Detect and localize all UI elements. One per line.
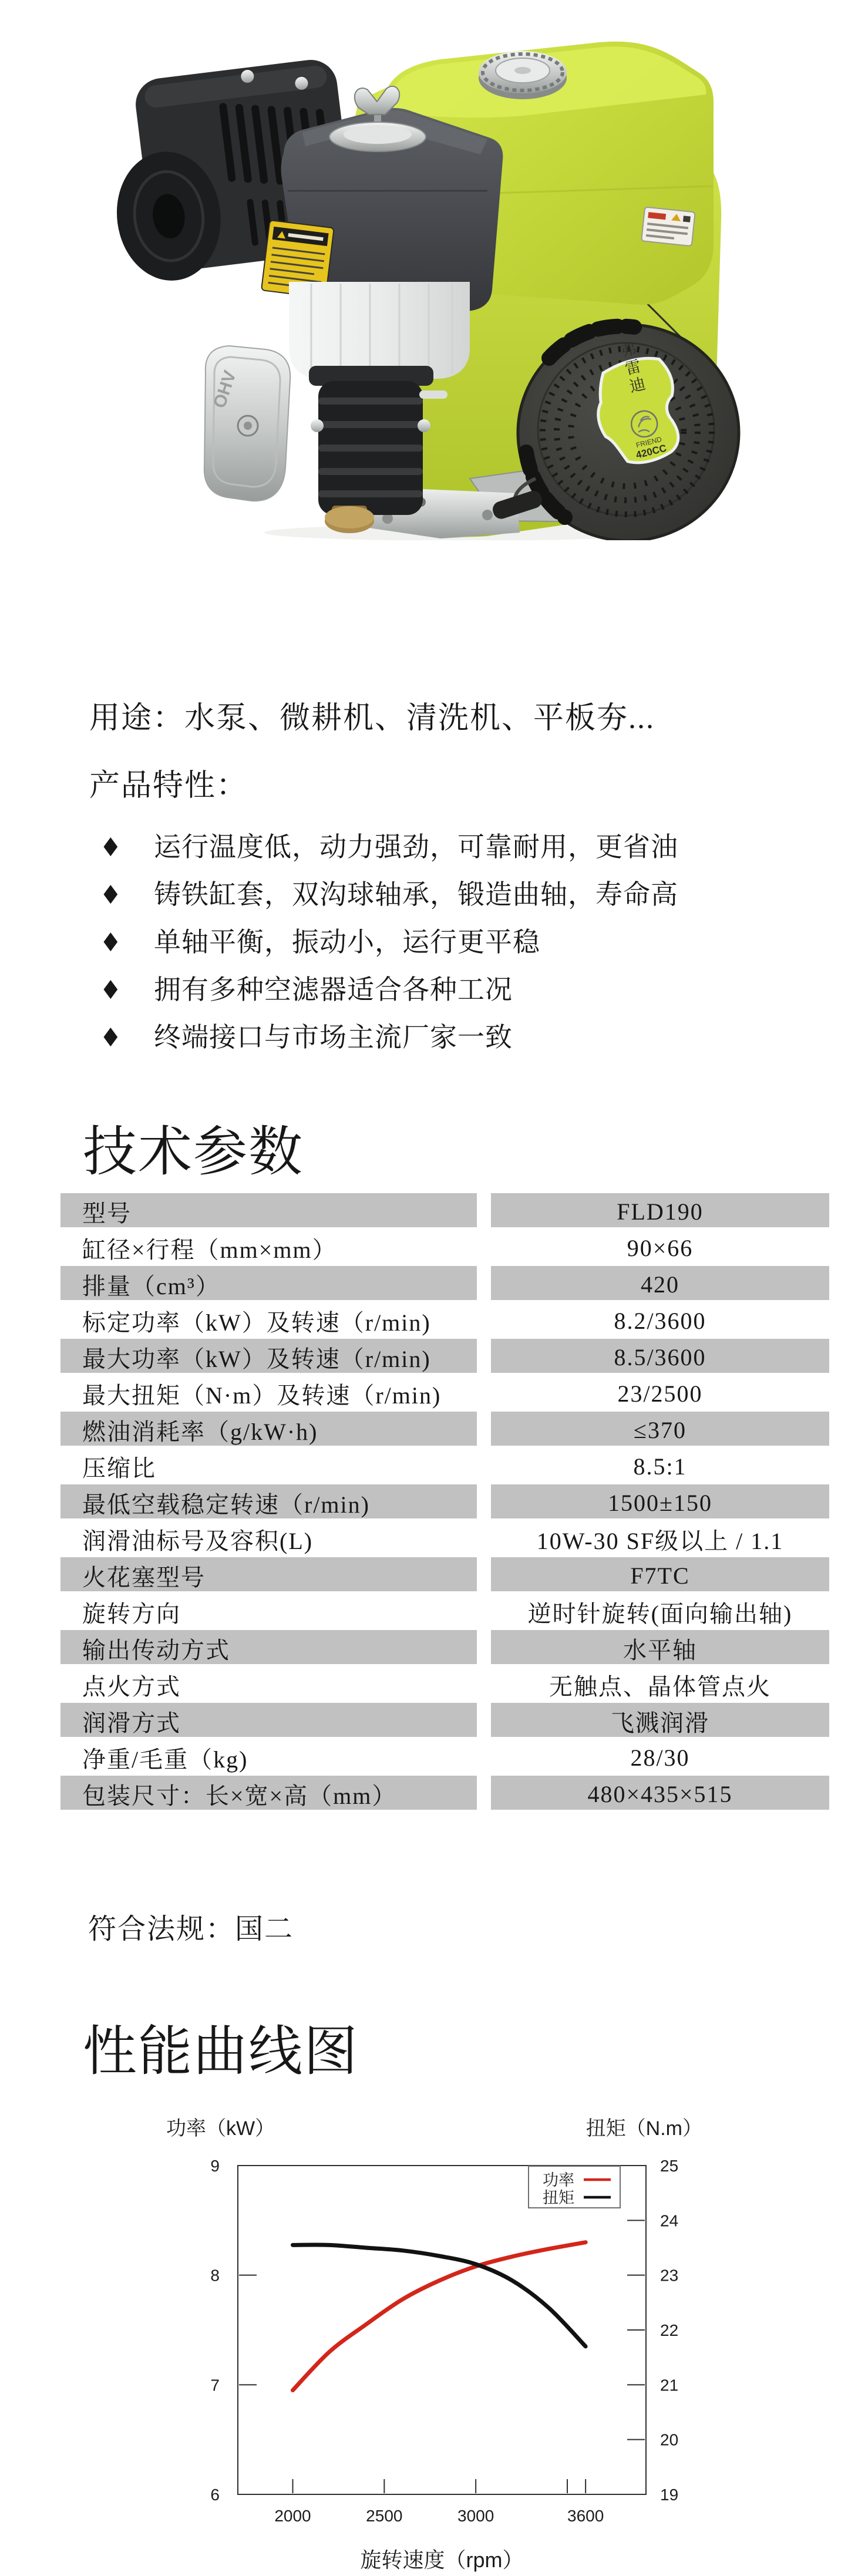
feature-item: ◆拥有多种空滤器适合各种工况 — [89, 964, 678, 1011]
tank-warning-sticker — [641, 207, 695, 246]
spec-label: 润滑油标号及容积(L) — [60, 1521, 477, 1557]
spec-row: 输出传动方式水平轴 — [60, 1630, 829, 1666]
spec-value: 8.5/3600 — [491, 1339, 829, 1375]
spec-label: 缸径×行程（mm×mm） — [60, 1230, 477, 1266]
spec-label: 火花塞型号 — [60, 1557, 477, 1594]
specs-table: 型号FLD190缸径×行程（mm×mm）90×66排量（cm³）420标定功率（… — [60, 1193, 829, 1812]
sediment-cup — [325, 506, 374, 533]
left-axis-title: 功率（kW） — [166, 2117, 275, 2140]
legend-label: 功率 — [543, 2171, 574, 2189]
spec-value: 8.2/3600 — [491, 1302, 829, 1339]
engine-product-image: OHV 弗雷迪 FRIEND 420CC — [112, 15, 743, 540]
chart-section-title: 性能曲线图 — [83, 2008, 359, 2086]
features-list: ◆运行温度低，动力强劲，可靠耐用，更省油◆铸铁缸套，双沟球轴承，锻造曲轴，寿命高… — [89, 821, 678, 1059]
usage-line: 用途：水泵、微耕机、清洗机、平板夯... — [89, 693, 655, 737]
x-tick-label: 2000 — [274, 2507, 311, 2525]
spec-row: 包装尺寸：长×宽×高（mm）480×435×515 — [60, 1776, 829, 1812]
spec-row: 压缩比8.5:1 — [60, 1448, 829, 1484]
x-tick-label: 3600 — [567, 2507, 604, 2525]
x-tick-label: 3000 — [457, 2507, 494, 2525]
right-tick-label: 24 — [660, 2211, 678, 2230]
product-detail-page: OHV 弗雷迪 FRIEND 420CC 用途：水泵、微耕机、清洗机、平板夯..… — [0, 0, 848, 2576]
spec-row: 最大功率（kW）及转速（r/min)8.5/3600 — [60, 1339, 829, 1375]
spec-value: 90×66 — [491, 1230, 829, 1266]
right-tick-label: 20 — [660, 2431, 678, 2449]
right-tick-label: 19 — [660, 2486, 678, 2504]
plot-frame — [238, 2166, 646, 2494]
right-tick-label: 25 — [660, 2157, 678, 2175]
diamond-bullet-icon: ◆ — [89, 973, 154, 1002]
spec-label: 旋转方向 — [60, 1594, 477, 1630]
feature-item: ◆铸铁缸套，双沟球轴承，锻造曲轴，寿命高 — [89, 868, 678, 916]
left-tick-label: 9 — [210, 2157, 220, 2175]
diamond-bullet-icon: ◆ — [89, 1021, 154, 1050]
spec-value: 10W-30 SF级以上 / 1.1 — [491, 1521, 829, 1557]
legend-label: 扭矩 — [543, 2189, 574, 2207]
x-axis-title: 旋转速度（rpm） — [361, 2548, 524, 2572]
right-tick-label: 21 — [660, 2376, 678, 2394]
feature-item: ◆单轴平衡，振动小，运行更平稳 — [89, 916, 678, 964]
left-tick-label: 8 — [210, 2267, 220, 2285]
right-axis-title: 扭矩（N.m） — [586, 2117, 702, 2140]
spec-value: 420 — [491, 1266, 829, 1302]
spec-value: 逆时针旋转(面向输出轴) — [491, 1594, 829, 1630]
spec-label: 排量（cm³） — [60, 1266, 477, 1302]
spec-row: 燃油消耗率（g/kW·h)≤370 — [60, 1412, 829, 1448]
spec-row: 润滑方式飞溅润滑 — [60, 1703, 829, 1739]
performance-chart: 功率（kW）扭矩（N.m）旋转速度（rpm）200025003000360098… — [0, 2089, 848, 2576]
spec-value: 无触点、晶体管点火 — [491, 1666, 829, 1703]
spec-label: 包装尺寸：长×宽×高（mm） — [60, 1776, 477, 1812]
spec-label: 输出传动方式 — [60, 1630, 477, 1666]
spec-value: 480×435×515 — [491, 1776, 829, 1812]
spec-label: 最低空载稳定转速（r/min) — [60, 1484, 477, 1521]
series-power — [292, 2242, 585, 2390]
spec-value: 飞溅润滑 — [491, 1703, 829, 1739]
spec-value: 水平轴 — [491, 1630, 829, 1666]
spec-row: 润滑油标号及容积(L)10W-30 SF级以上 / 1.1 — [60, 1521, 829, 1557]
feature-text: 单轴平衡，振动小，运行更平稳 — [154, 921, 540, 959]
spec-label: 燃油消耗率（g/kW·h) — [60, 1412, 477, 1448]
feature-item: ◆运行温度低，动力强劲，可靠耐用，更省油 — [89, 821, 678, 868]
spec-label: 标定功率（kW）及转速（r/min) — [60, 1302, 477, 1339]
spec-row: 排量（cm³）420 — [60, 1266, 829, 1302]
spec-value: ≤370 — [491, 1412, 829, 1448]
spec-row: 最大扭矩（N·m）及转速（r/min)23/2500 — [60, 1375, 829, 1412]
spec-row: 火花塞型号F7TC — [60, 1557, 829, 1594]
features-title: 产品特性： — [89, 760, 248, 804]
spec-row: 标定功率（kW）及转速（r/min)8.2/3600 — [60, 1302, 829, 1339]
left-tick-label: 6 — [210, 2486, 220, 2504]
spec-row: 净重/毛重（kg)28/30 — [60, 1739, 829, 1776]
diamond-bullet-icon: ◆ — [89, 830, 154, 860]
feature-text: 终端接口与市场主流厂家一致 — [154, 1016, 513, 1055]
spec-value: FLD190 — [491, 1193, 829, 1230]
spec-value: 1500±150 — [491, 1484, 829, 1521]
spec-label: 最大扭矩（N·m）及转速（r/min) — [60, 1375, 477, 1412]
diamond-bullet-icon: ◆ — [89, 878, 154, 907]
spec-row: 缸径×行程（mm×mm）90×66 — [60, 1230, 829, 1266]
x-tick-label: 2500 — [366, 2507, 402, 2525]
spec-label: 压缩比 — [60, 1448, 477, 1484]
spec-row: 旋转方向逆时针旋转(面向输出轴) — [60, 1594, 829, 1630]
spec-value: F7TC — [491, 1557, 829, 1594]
spec-label: 润滑方式 — [60, 1703, 477, 1739]
spec-value: 8.5:1 — [491, 1448, 829, 1484]
spec-row: 最低空载稳定转速（r/min)1500±150 — [60, 1484, 829, 1521]
spec-label: 净重/毛重（kg) — [60, 1739, 477, 1776]
left-tick-label: 7 — [210, 2376, 220, 2394]
fuel-cap — [479, 51, 567, 99]
specs-section-title: 技术参数 — [83, 1109, 304, 1186]
spec-row: 点火方式无触点、晶体管点火 — [60, 1666, 829, 1703]
feature-text: 运行温度低，动力强劲，可靠耐用，更省油 — [154, 826, 678, 864]
feature-text: 拥有多种空滤器适合各种工况 — [154, 968, 513, 1007]
spec-value: 23/2500 — [491, 1375, 829, 1412]
spec-label: 最大功率（kW）及转速（r/min) — [60, 1339, 477, 1375]
right-tick-label: 22 — [660, 2321, 678, 2339]
performance-curve-svg: 功率（kW）扭矩（N.m）旋转速度（rpm）200025003000360098… — [0, 2089, 848, 2576]
right-tick-label: 23 — [660, 2267, 678, 2285]
series-torque — [292, 2245, 585, 2346]
compliance-line: 符合法规：国二 — [88, 1906, 294, 1947]
spec-label: 型号 — [60, 1193, 477, 1230]
spec-label: 点火方式 — [60, 1666, 477, 1703]
spec-value: 28/30 — [491, 1739, 829, 1776]
feature-item: ◆终端接口与市场主流厂家一致 — [89, 1011, 678, 1059]
ohv-cover: OHV — [204, 346, 290, 501]
spec-row: 型号FLD190 — [60, 1193, 829, 1230]
diamond-bullet-icon: ◆ — [89, 925, 154, 955]
feature-text: 铸铁缸套，双沟球轴承，锻造曲轴，寿命高 — [154, 873, 678, 912]
